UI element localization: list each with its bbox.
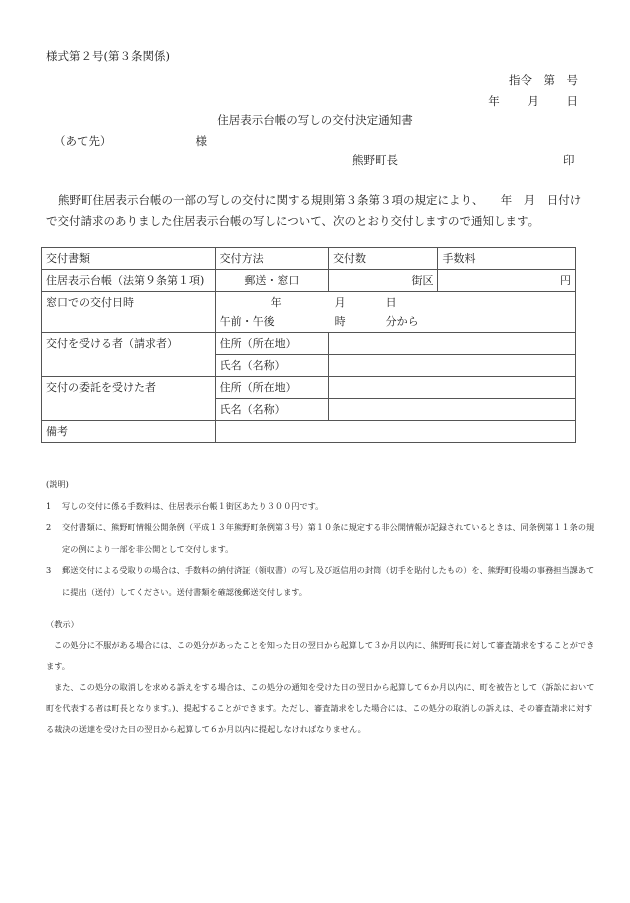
table-header-row: 交付書類 交付方法 交付数 手数料 <box>42 248 576 270</box>
instruction-paragraph-1: この処分に不服がある場合には、この処分があったことを知った日の翌日から起算して３… <box>46 635 596 677</box>
delegate-name-label: 氏名（名称） <box>215 399 328 421</box>
window-year: 年 <box>220 293 282 312</box>
header-document: 交付書類 <box>42 248 216 270</box>
seal-mark: 印 <box>563 152 575 168</box>
count-cell: 街区 <box>329 270 438 292</box>
delegate-address-label: 住所（所在地） <box>215 377 328 399</box>
window-minute: 分から <box>386 312 419 331</box>
table-row-document: 住居表示台帳（法第９条第１項) 郵送・窓口 街区 円 <box>42 270 576 292</box>
order-number: 指令 第 号 <box>509 72 578 88</box>
window-datetime-cell: 年月日 午前・午後時分から <box>215 292 575 333</box>
date-day: 日 <box>567 94 579 108</box>
window-day: 日 <box>386 293 397 312</box>
table-row-requester-address: 交付を受ける者（請求者） 住所（所在地） <box>42 333 576 355</box>
fee-cell: 円 <box>438 270 576 292</box>
window-ampm: 午前・午後 <box>220 312 316 331</box>
notes-heading: (説明) <box>46 474 596 496</box>
remarks-label: 備考 <box>42 421 216 443</box>
window-time-line: 午前・午後時分から <box>220 312 571 331</box>
table-row-remarks: 備考 <box>42 421 576 443</box>
delivery-table: 交付書類 交付方法 交付数 手数料 住居表示台帳（法第９条第１項) 郵送・窓口 … <box>41 247 576 443</box>
issuer: 熊野町長 <box>352 152 398 168</box>
header-count: 交付数 <box>329 248 438 270</box>
method-cell: 郵送・窓口 <box>215 270 328 292</box>
addressee: （あて先）様 <box>54 133 207 149</box>
requester-address-value[interactable] <box>329 333 576 355</box>
addressee-honorific: 様 <box>196 134 208 148</box>
requester-label: 交付を受ける者（請求者） <box>42 333 216 377</box>
addressee-label: （あて先） <box>54 134 112 148</box>
document-title: 住居表示台帳の写しの交付決定通知書 <box>0 112 630 128</box>
window-datetime-label: 窓口での交付日時 <box>42 292 216 333</box>
note-item-2: 2交付書類に、熊野町情報公開条例（平成１３年熊野町条例第３号）第１０条に規定する… <box>46 517 596 560</box>
table-row-delegate-address: 交付の委託を受けた者 住所（所在地） <box>42 377 576 399</box>
table-row-window-datetime: 窓口での交付日時 年月日 午前・午後時分から <box>42 292 576 333</box>
issue-date: 年 月 日 <box>464 93 578 109</box>
delegate-name-value[interactable] <box>329 399 576 421</box>
explanation-notes: (説明) 1写しの交付に係る手数料は、住居表示台帳１街区あたり３００円です。 2… <box>46 474 596 603</box>
requester-name-value[interactable] <box>329 355 576 377</box>
remarks-value[interactable] <box>215 421 575 443</box>
window-hour: 時 <box>316 312 346 331</box>
appeal-instruction: （教示） この処分に不服がある場合には、この処分があったことを知った日の翌日から… <box>46 614 596 740</box>
window-month: 月 <box>282 293 346 312</box>
instruction-heading: （教示） <box>46 614 596 635</box>
window-date-line: 年月日 <box>220 293 571 312</box>
instruction-paragraph-2: また、この処分の取消しを求める訴えをする場合は、この処分の通知を受けた日の翌日か… <box>46 677 596 740</box>
header-method: 交付方法 <box>215 248 328 270</box>
delegate-label: 交付の委託を受けた者 <box>42 377 216 421</box>
form-number: 様式第２号(第３条関係) <box>46 48 170 64</box>
header-fee: 手数料 <box>438 248 576 270</box>
document-cell: 住居表示台帳（法第９条第１項) <box>42 270 216 292</box>
note-item-1: 1写しの交付に係る手数料は、住居表示台帳１街区あたり３００円です。 <box>46 496 596 518</box>
body-paragraph: 熊野町住居表示台帳の一部の写しの交付に関する規則第３条第３項の規定により、 年 … <box>46 190 586 232</box>
date-year: 年 <box>488 94 500 108</box>
requester-name-label: 氏名（名称） <box>215 355 328 377</box>
delegate-address-value[interactable] <box>329 377 576 399</box>
note-item-3: 3郵送交付による受取りの場合は、手数料の納付済証（領収書）の写し及び返信用の封筒… <box>46 560 596 603</box>
requester-address-label: 住所（所在地） <box>215 333 328 355</box>
date-month: 月 <box>527 94 539 108</box>
